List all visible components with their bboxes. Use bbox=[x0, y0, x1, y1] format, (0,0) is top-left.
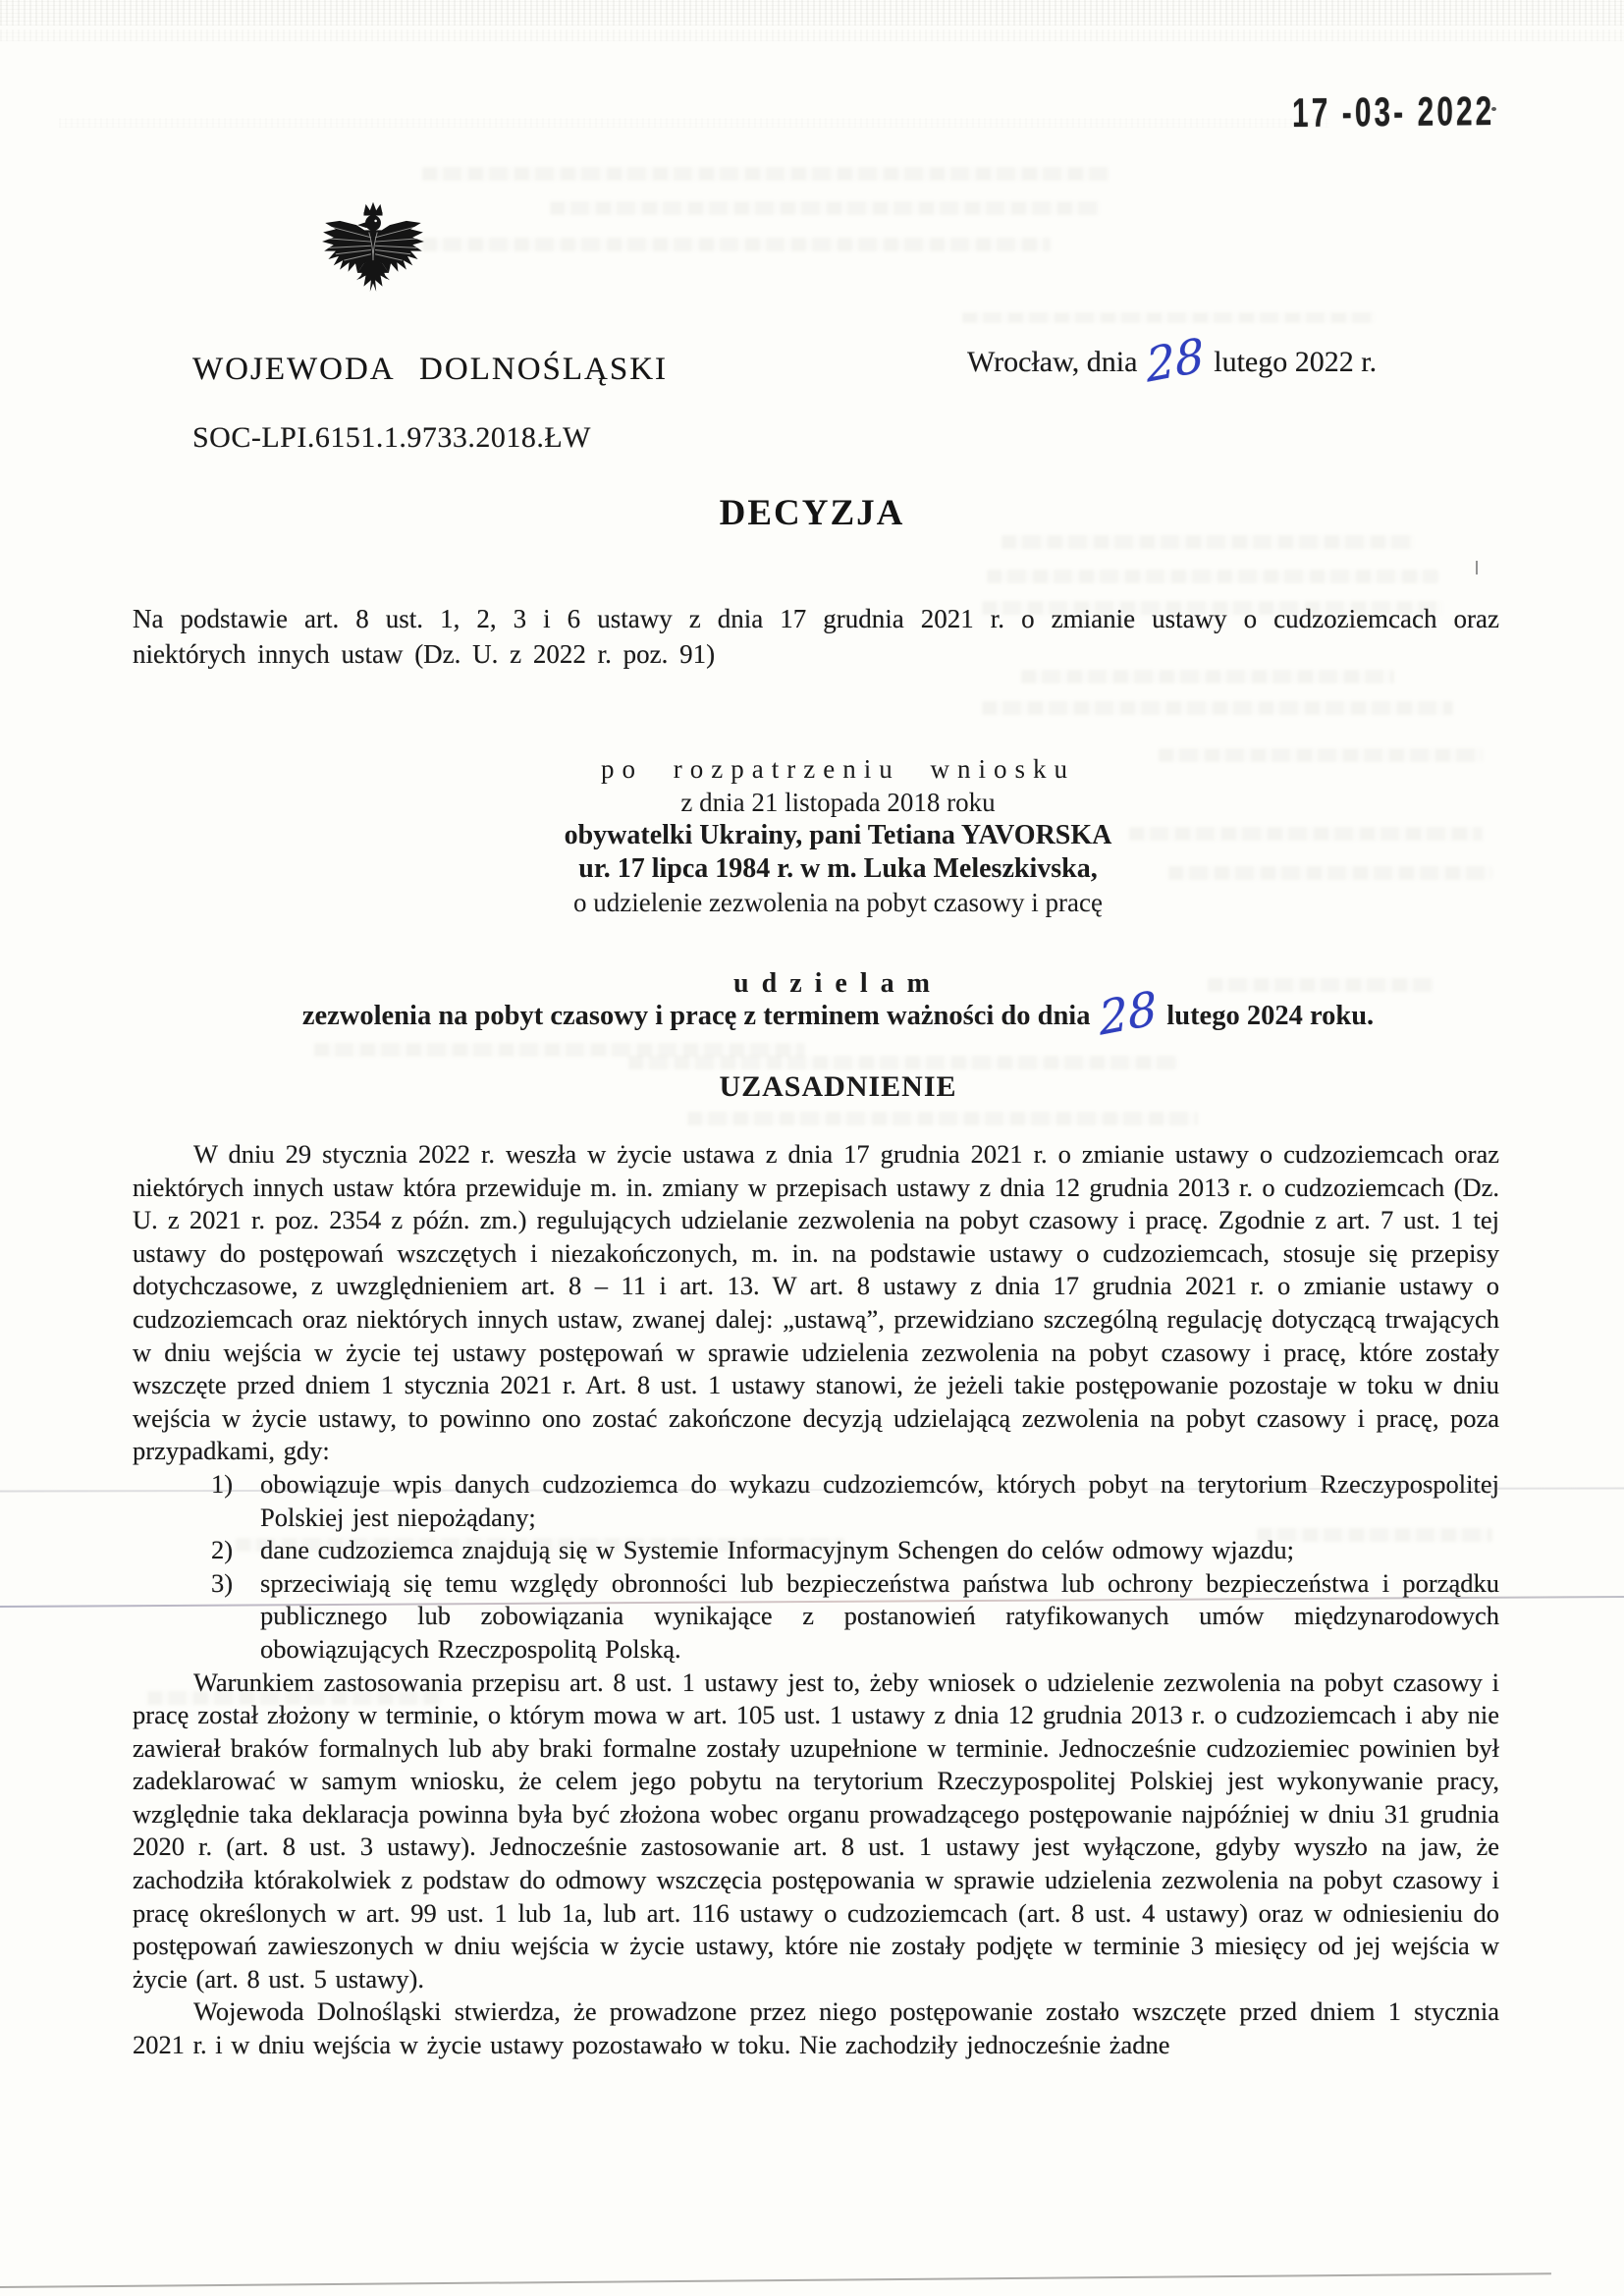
place-date-prefix: Wrocław, dnia bbox=[967, 346, 1137, 378]
list-item-marker: 2) bbox=[211, 1534, 260, 1567]
list-item-text: sprzeciwiają się temu względy obronności… bbox=[260, 1567, 1499, 1667]
authority-name: WOJEWODA DOLNOŚLĄSKI bbox=[192, 352, 668, 388]
place-date-suffix: lutego 2022 r. bbox=[1214, 346, 1377, 378]
bleed-through-artifact bbox=[962, 312, 1375, 323]
scanned-decision-page: 17 -03- 2022 bbox=[0, 0, 1624, 2296]
handwritten-day-number: 28 bbox=[1100, 1009, 1158, 1019]
grant-text-after-day: lutego 2024 roku. bbox=[1166, 1001, 1374, 1031]
bleed-through-artifact bbox=[982, 701, 1453, 715]
bleed-through-artifact bbox=[422, 238, 1051, 251]
scan-noise-band bbox=[0, 29, 1624, 41]
list-item-marker: 3) bbox=[211, 1567, 260, 1667]
grant-text-before-day: zezwolenia na pobyt czasowy i pracę z te… bbox=[302, 1001, 1091, 1031]
applicant-name-line: obywatelki Ukrainy, pani Tetiana YAVORSK… bbox=[177, 819, 1499, 852]
bleed-through-artifact bbox=[628, 1056, 1178, 1069]
justification-paragraph-3: Wojewoda Dolnośląski stwierdza, że prowa… bbox=[133, 1995, 1499, 2061]
scan-tick-artifact bbox=[1476, 561, 1478, 574]
application-line-5: o udzielenie zezwolenia na pobyt czasowy… bbox=[177, 886, 1499, 919]
bleed-through-artifact bbox=[1001, 535, 1414, 549]
application-block: po rozpatrzeniu wniosku z dnia 21 listop… bbox=[133, 752, 1499, 919]
list-item-marker: 1) bbox=[211, 1468, 260, 1534]
decision-grant-line: zezwolenia na pobyt czasowy i pracę z te… bbox=[177, 1001, 1499, 1032]
bleed-through-artifact bbox=[550, 201, 1100, 215]
list-item-text: obowiązuje wpis danych cudzoziemca do wy… bbox=[260, 1468, 1499, 1534]
applicant-birth-line: ur. 17 lipca 1984 r. w m. Luka Meleszkiv… bbox=[177, 852, 1499, 886]
bleed-through-artifact bbox=[422, 167, 1110, 181]
list-item: 1) obowiązuje wpis danych cudzoziemca do… bbox=[211, 1468, 1499, 1534]
case-reference-number: SOC-LPI.6151.1.9733.2018.ŁW bbox=[192, 421, 591, 455]
justification-paragraph-1: W dniu 29 stycznia 2022 r. weszła w życi… bbox=[133, 1138, 1499, 1468]
justification-heading: UZASADNIENIE bbox=[133, 1070, 1499, 1104]
scan-noise-band bbox=[0, 0, 1624, 26]
justification-paragraph-2: Warunkiem zastosowania przepisu art. 8 u… bbox=[133, 1667, 1499, 1996]
decision-verb: udzielam bbox=[177, 968, 1499, 1000]
scan-line-artifact bbox=[0, 2272, 1551, 2288]
list-item-text: dane cudzoziemca znajdują się w Systemie… bbox=[260, 1534, 1499, 1567]
list-item: 2) dane cudzoziemca znajdują się w Syste… bbox=[211, 1534, 1499, 1567]
exceptions-list: 1) obowiązuje wpis danych cudzoziemca do… bbox=[211, 1468, 1499, 1667]
bleed-through-artifact bbox=[987, 570, 1438, 583]
bleed-through-artifact bbox=[687, 1112, 1198, 1125]
application-line-2: z dnia 21 listopada 2018 roku bbox=[177, 786, 1499, 819]
polish-eagle-emblem bbox=[321, 199, 425, 317]
decision-block: udzielam zezwolenia na pobyt czasowy i p… bbox=[133, 968, 1499, 1032]
received-date-stamp: 17 -03- 2022 bbox=[1292, 88, 1494, 137]
justification-body: W dniu 29 stycznia 2022 r. weszła w życi… bbox=[133, 1138, 1499, 2062]
document-title: DECYZJA bbox=[0, 492, 1624, 534]
bleed-through-artifact bbox=[1021, 670, 1394, 683]
list-item: 3) sprzeciwiają się temu względy obronno… bbox=[211, 1567, 1499, 1667]
bleed-through-artifact bbox=[314, 1043, 805, 1057]
application-line-1: po rozpatrzeniu wniosku bbox=[177, 752, 1499, 786]
place-and-date-line: Wrocław, dnia28lutego 2022 r. bbox=[967, 346, 1377, 379]
scan-noise-band bbox=[59, 118, 1329, 128]
handwritten-day-number: 28 bbox=[1147, 355, 1205, 366]
ink-dot-artifact bbox=[1491, 107, 1496, 111]
legal-basis-paragraph: Na podstawie art. 8 ust. 1, 2, 3 i 6 ust… bbox=[133, 601, 1499, 672]
